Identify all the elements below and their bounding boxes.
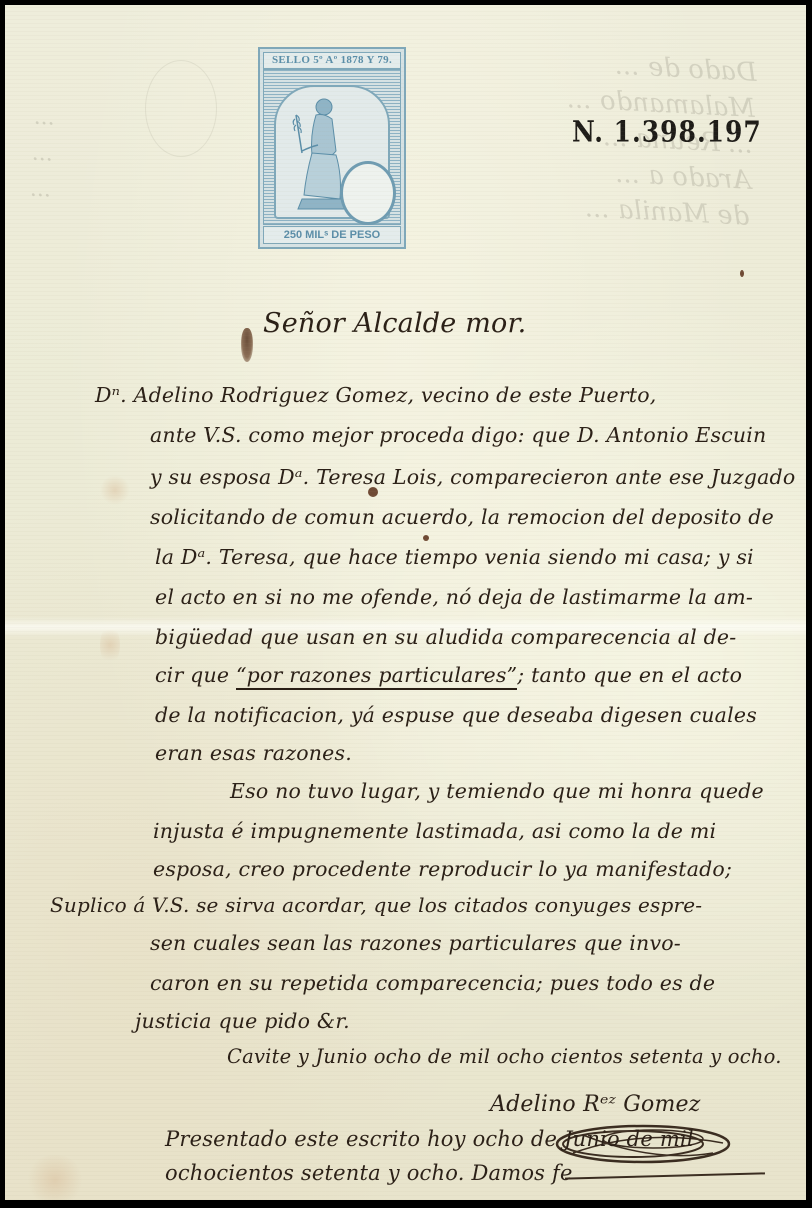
faint-embossed-seal xyxy=(145,60,217,157)
date-line: Cavite y Junio ocho de mil ocho cientos … xyxy=(227,1045,782,1068)
body-line: eran esas razones. xyxy=(155,741,352,765)
stamp-blank-oval xyxy=(340,161,396,225)
body-line: y su esposa Dᵃ. Teresa Lois, comparecier… xyxy=(150,465,795,489)
serial-number: N. 1.398.197 xyxy=(572,115,762,148)
body-line-text: ; tanto que en el acto xyxy=(517,663,742,687)
allegorical-figure-icon xyxy=(290,95,346,215)
body-line: solicitando de comun acuerdo, la remocio… xyxy=(150,505,774,529)
body-line: Eso no tuvo lugar, y temiendo que mi hon… xyxy=(230,779,764,803)
bleed-through-text-left: ... ... ... xyxy=(22,99,56,208)
body-line: el acto en si no me ofende, nó deja de l… xyxy=(155,585,753,609)
foxing-stain xyxy=(100,475,130,505)
ink-blot xyxy=(423,535,429,541)
presentation-note-line: Presentado este escrito hoy ocho de Juni… xyxy=(165,1127,694,1151)
quoted-phrase: “por razones particulares” xyxy=(236,663,517,690)
body-line: injusta é impugnemente lastimada, asi co… xyxy=(153,819,716,843)
document-page: Dado de ... Malamando ... ... Reuna ... … xyxy=(5,5,806,1200)
presentation-note-line: ochocientos setenta y ocho. Damos fe xyxy=(165,1161,573,1185)
body-line: Suplico á V.S. se sirva acordar, que los… xyxy=(50,893,702,917)
closing-stroke xyxy=(565,1172,765,1179)
body-line: justicia que pido &r. xyxy=(135,1009,350,1033)
ink-blot xyxy=(740,270,744,277)
signature: Adelino Rᵉᶻ Gomez xyxy=(490,1092,701,1117)
body-line-with-quote: cir que “por razones particulares”; tant… xyxy=(155,663,742,687)
foxing-stain xyxy=(100,625,120,665)
body-line: la Dᵃ. Teresa, que hace tiempo venia sie… xyxy=(155,545,754,569)
salutation: Señor Alcalde mor. xyxy=(263,308,526,339)
ink-stain xyxy=(241,328,253,362)
body-line-text: cir que xyxy=(155,663,236,687)
stamp-header-text: SELLO 5º Aº 1878 Y 79. xyxy=(263,52,401,69)
body-line: Dⁿ. Adelino Rodriguez Gomez, vecino de e… xyxy=(95,383,657,407)
body-line: bigüedad que usan en su aludida comparec… xyxy=(155,625,736,649)
body-line: ante V.S. como mejor proceda digo: que D… xyxy=(150,423,766,447)
body-line: de la notificacion, yá espuse que deseab… xyxy=(155,703,757,727)
body-line: caron en su repetida comparecencia; pues… xyxy=(150,971,715,995)
body-line: sen cuales sean las razones particulares… xyxy=(150,931,681,955)
body-line: esposa, creo procedente reproducir lo ya… xyxy=(153,857,732,881)
stamp-value-text: 250 MILˢ DE PESO xyxy=(263,226,401,244)
revenue-stamp: SELLO 5º Aº 1878 Y 79. 250 MILˢ DE PESO xyxy=(258,47,406,249)
foxing-stain xyxy=(25,1155,85,1200)
